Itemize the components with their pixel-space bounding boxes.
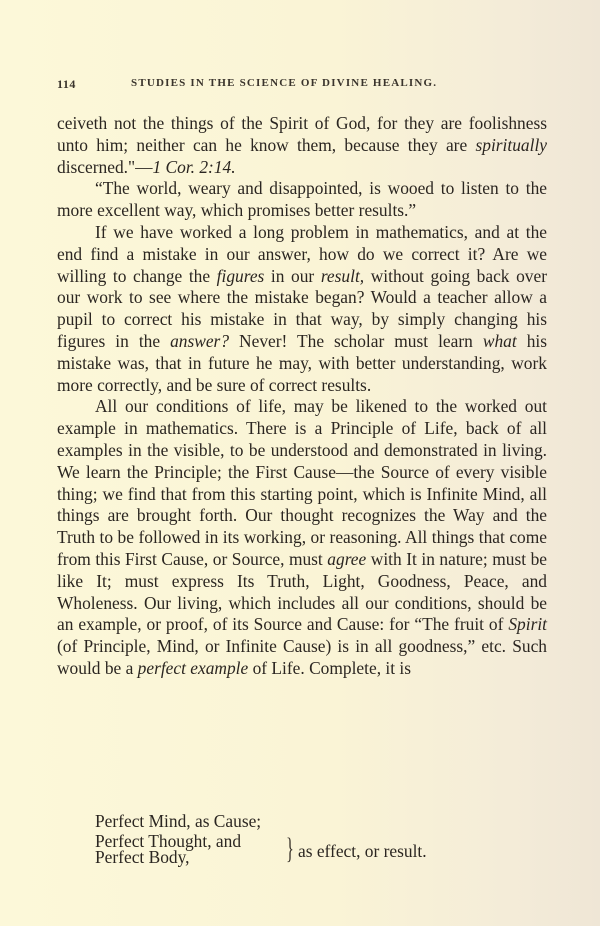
verse-effect: as effect, or result. (298, 841, 427, 863)
paragraph: ceiveth not the things of the Spirit of … (57, 113, 547, 178)
running-title: STUDIES IN THE SCIENCE OF DIVINE HEALING… (131, 77, 437, 89)
italic-text: 1 Cor. 2:14. (152, 157, 235, 177)
verse-group: Perfect Thought, and Perfect Body, } as … (95, 833, 515, 869)
text-run: “The world, weary and disappointed, is w… (57, 178, 547, 220)
text-run: in our (264, 266, 320, 286)
text-run: of Life. Complete, it is (248, 658, 411, 678)
paragraph: All our conditions of life, may be liken… (57, 396, 547, 679)
paragraph: If we have worked a long problem in math… (57, 222, 547, 396)
running-head: 114 STUDIES IN THE SCIENCE OF DIVINE HEA… (57, 77, 547, 93)
verse-grouped-lines: Perfect Thought, and Perfect Body, (95, 833, 241, 865)
verse-line-body: Perfect Body, (95, 849, 241, 865)
body-text: ceiveth not the things of the Spirit of … (57, 113, 547, 680)
paragraph: “The world, weary and disappointed, is w… (57, 178, 547, 222)
text-run: All our conditions of life, may be liken… (57, 396, 547, 569)
verse-line-mind: Perfect Mind, as Cause; (95, 811, 515, 833)
italic-text: agree (327, 549, 366, 569)
page-number: 114 (57, 77, 76, 92)
italic-text: spiritually (476, 135, 548, 155)
italic-text: Spirit (508, 614, 547, 634)
italic-text: perfect example (138, 658, 249, 678)
text-run: ceiveth not the things of the Spirit of … (57, 113, 547, 155)
italic-text: what (483, 331, 517, 351)
brace-icon: } (286, 831, 294, 867)
book-page: 114 STUDIES IN THE SCIENCE OF DIVINE HEA… (0, 0, 600, 926)
italic-text: figures (217, 266, 265, 286)
italic-text: result, (321, 266, 364, 286)
text-run: Never! The scholar must learn (229, 331, 483, 351)
text-run: discerned."— (57, 157, 152, 177)
italic-text: answer? (170, 331, 229, 351)
